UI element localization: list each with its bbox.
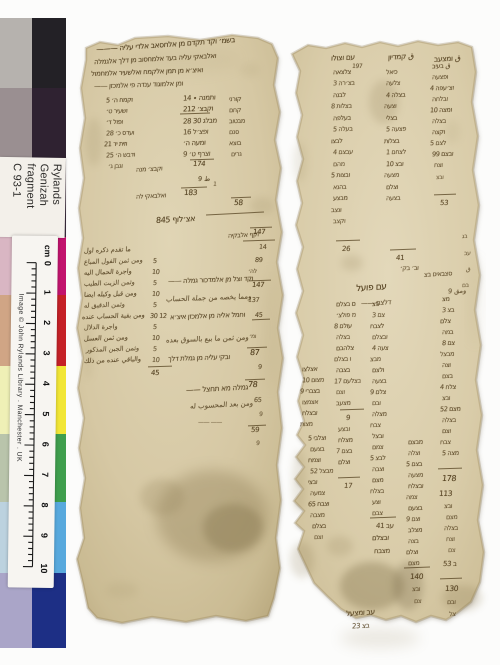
- ruler-unit-label: cm: [43, 245, 53, 257]
- ruler-number: 8: [40, 502, 50, 507]
- ruler-number: 2: [42, 320, 52, 325]
- left-fragment: [77, 35, 283, 623]
- right-fragment: [290, 41, 484, 648]
- manuscript-fragments: [0, 0, 500, 665]
- ruler-number: 4: [41, 381, 51, 386]
- shelfmark-line: fragment: [22, 163, 36, 237]
- scale-ruler: cm 0 Image © John Rylands Library . Manc…: [8, 235, 58, 588]
- ruler-number: 9: [39, 533, 49, 538]
- ruler-number: 10: [39, 563, 49, 573]
- shelfmark-line: C 93-1: [9, 163, 23, 237]
- ruler-number: 0: [43, 261, 53, 266]
- shelfmark-line: Genizah: [35, 163, 49, 237]
- ruler-number: 3: [42, 350, 52, 355]
- shelfmark-label: Rylands Genizah fragment C 93-1: [0, 157, 66, 238]
- ruler-number: 7: [40, 472, 50, 477]
- ruler-number: 5: [41, 411, 51, 416]
- ruler-number: 1: [42, 290, 52, 295]
- photo: בשמ׳ וקד תקדם מן אלחסאב אלדי עליה ———ואל…: [0, 0, 500, 665]
- shelfmark-line: Rylands: [48, 164, 62, 238]
- ruler-number: 6: [40, 442, 50, 447]
